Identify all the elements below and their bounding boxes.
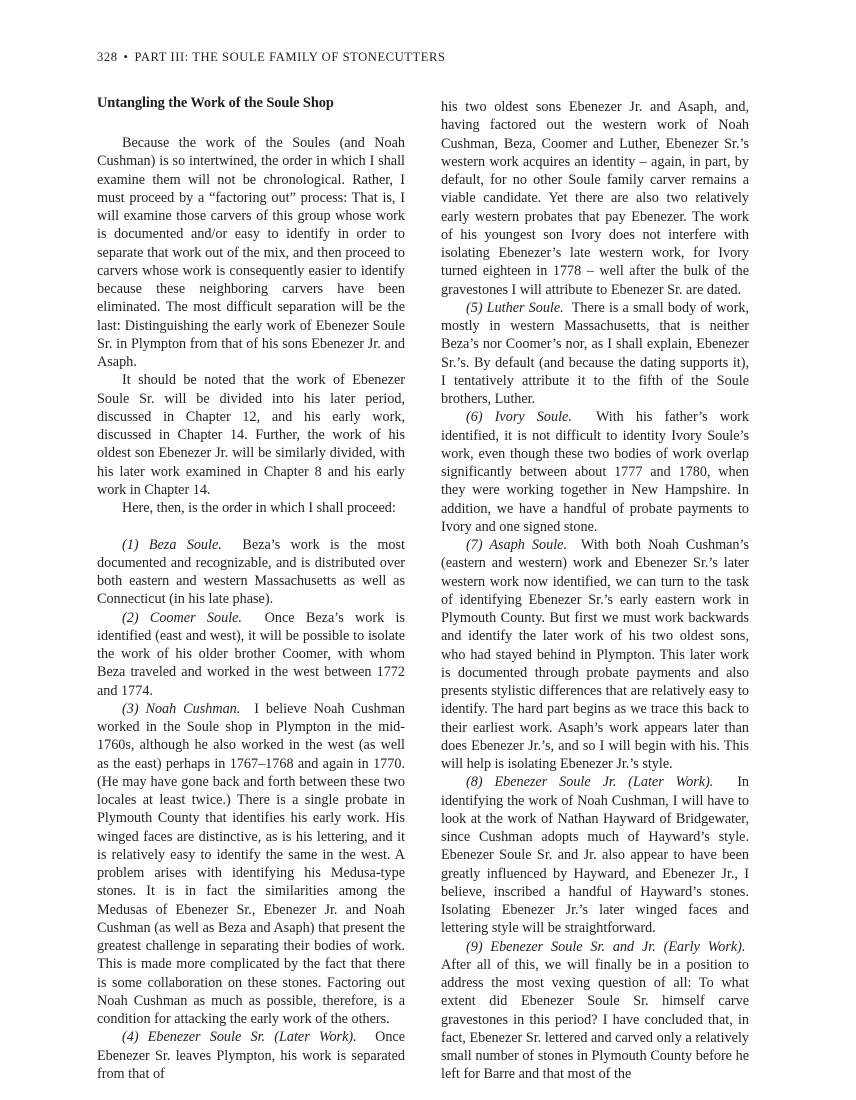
item-text: With his father’s work identified, it is… <box>441 409 749 535</box>
body-paragraph: Because the work of the Soules (and Noah… <box>97 134 405 371</box>
item-title: (8) Ebenezer Soule Jr. (Later Work). <box>466 774 713 790</box>
body-paragraph: It should be noted that the work of Eben… <box>97 371 405 499</box>
left-column: Untangling the Work of the Soule Shop Be… <box>97 94 405 1083</box>
item-text: After all of this, we will finally be in… <box>441 957 749 1083</box>
right-column: his two oldest sons Ebenezer Jr. and Asa… <box>441 98 749 1084</box>
section-heading: Untangling the Work of the Soule Shop <box>97 94 405 112</box>
list-item: (4) Ebenezer Soule Sr. (Later Work). Onc… <box>97 1028 405 1083</box>
item-title: (5) Luther Soule. <box>466 300 564 316</box>
bullet-separator: • <box>124 50 129 64</box>
item-title: (3) Noah Cushman. <box>122 701 240 717</box>
list-item: (5) Luther Soule. There is a small body … <box>441 299 749 409</box>
item-title: (9) Ebenezer Soule Sr. and Jr. (Early Wo… <box>466 939 745 955</box>
list-item: (6) Ivory Soule. With his father’s work … <box>441 408 749 536</box>
item-title: (2) Coomer Soule. <box>122 610 242 626</box>
body-paragraph: Here, then, is the order in which I shal… <box>97 499 405 517</box>
list-item: (8) Ebenezer Soule Jr. (Later Work). In … <box>441 773 749 937</box>
item-text: With both Noah Cushman’s (eastern and we… <box>441 537 749 772</box>
list-item: (9) Ebenezer Soule Sr. and Jr. (Early Wo… <box>441 938 749 1084</box>
item-text: In identifying the work of Noah Cushman,… <box>441 774 749 936</box>
running-head: 328•PART III: THE SOULE FAMILY OF STONEC… <box>97 48 446 66</box>
continued-paragraph: his two oldest sons Ebenezer Jr. and Asa… <box>441 98 749 299</box>
part-title: PART III: THE SOULE FAMILY OF STONECUTTE… <box>135 50 446 64</box>
item-text: I believe Noah Cushman worked in the Sou… <box>97 701 405 1027</box>
list-item: (3) Noah Cushman. I believe Noah Cushman… <box>97 700 405 1029</box>
item-title: (4) Ebenezer Soule Sr. (Later Work). <box>122 1029 357 1045</box>
list-item: (1) Beza Soule. Beza’s work is the most … <box>97 536 405 609</box>
list-item: (7) Asaph Soule. With both Noah Cushman’… <box>441 536 749 773</box>
list-item: (2) Coomer Soule. Once Beza’s work is id… <box>97 609 405 700</box>
item-title: (1) Beza Soule. <box>122 537 222 553</box>
page-number: 328 <box>97 50 118 64</box>
item-title: (7) Asaph Soule. <box>466 537 567 553</box>
item-title: (6) Ivory Soule. <box>466 409 572 425</box>
